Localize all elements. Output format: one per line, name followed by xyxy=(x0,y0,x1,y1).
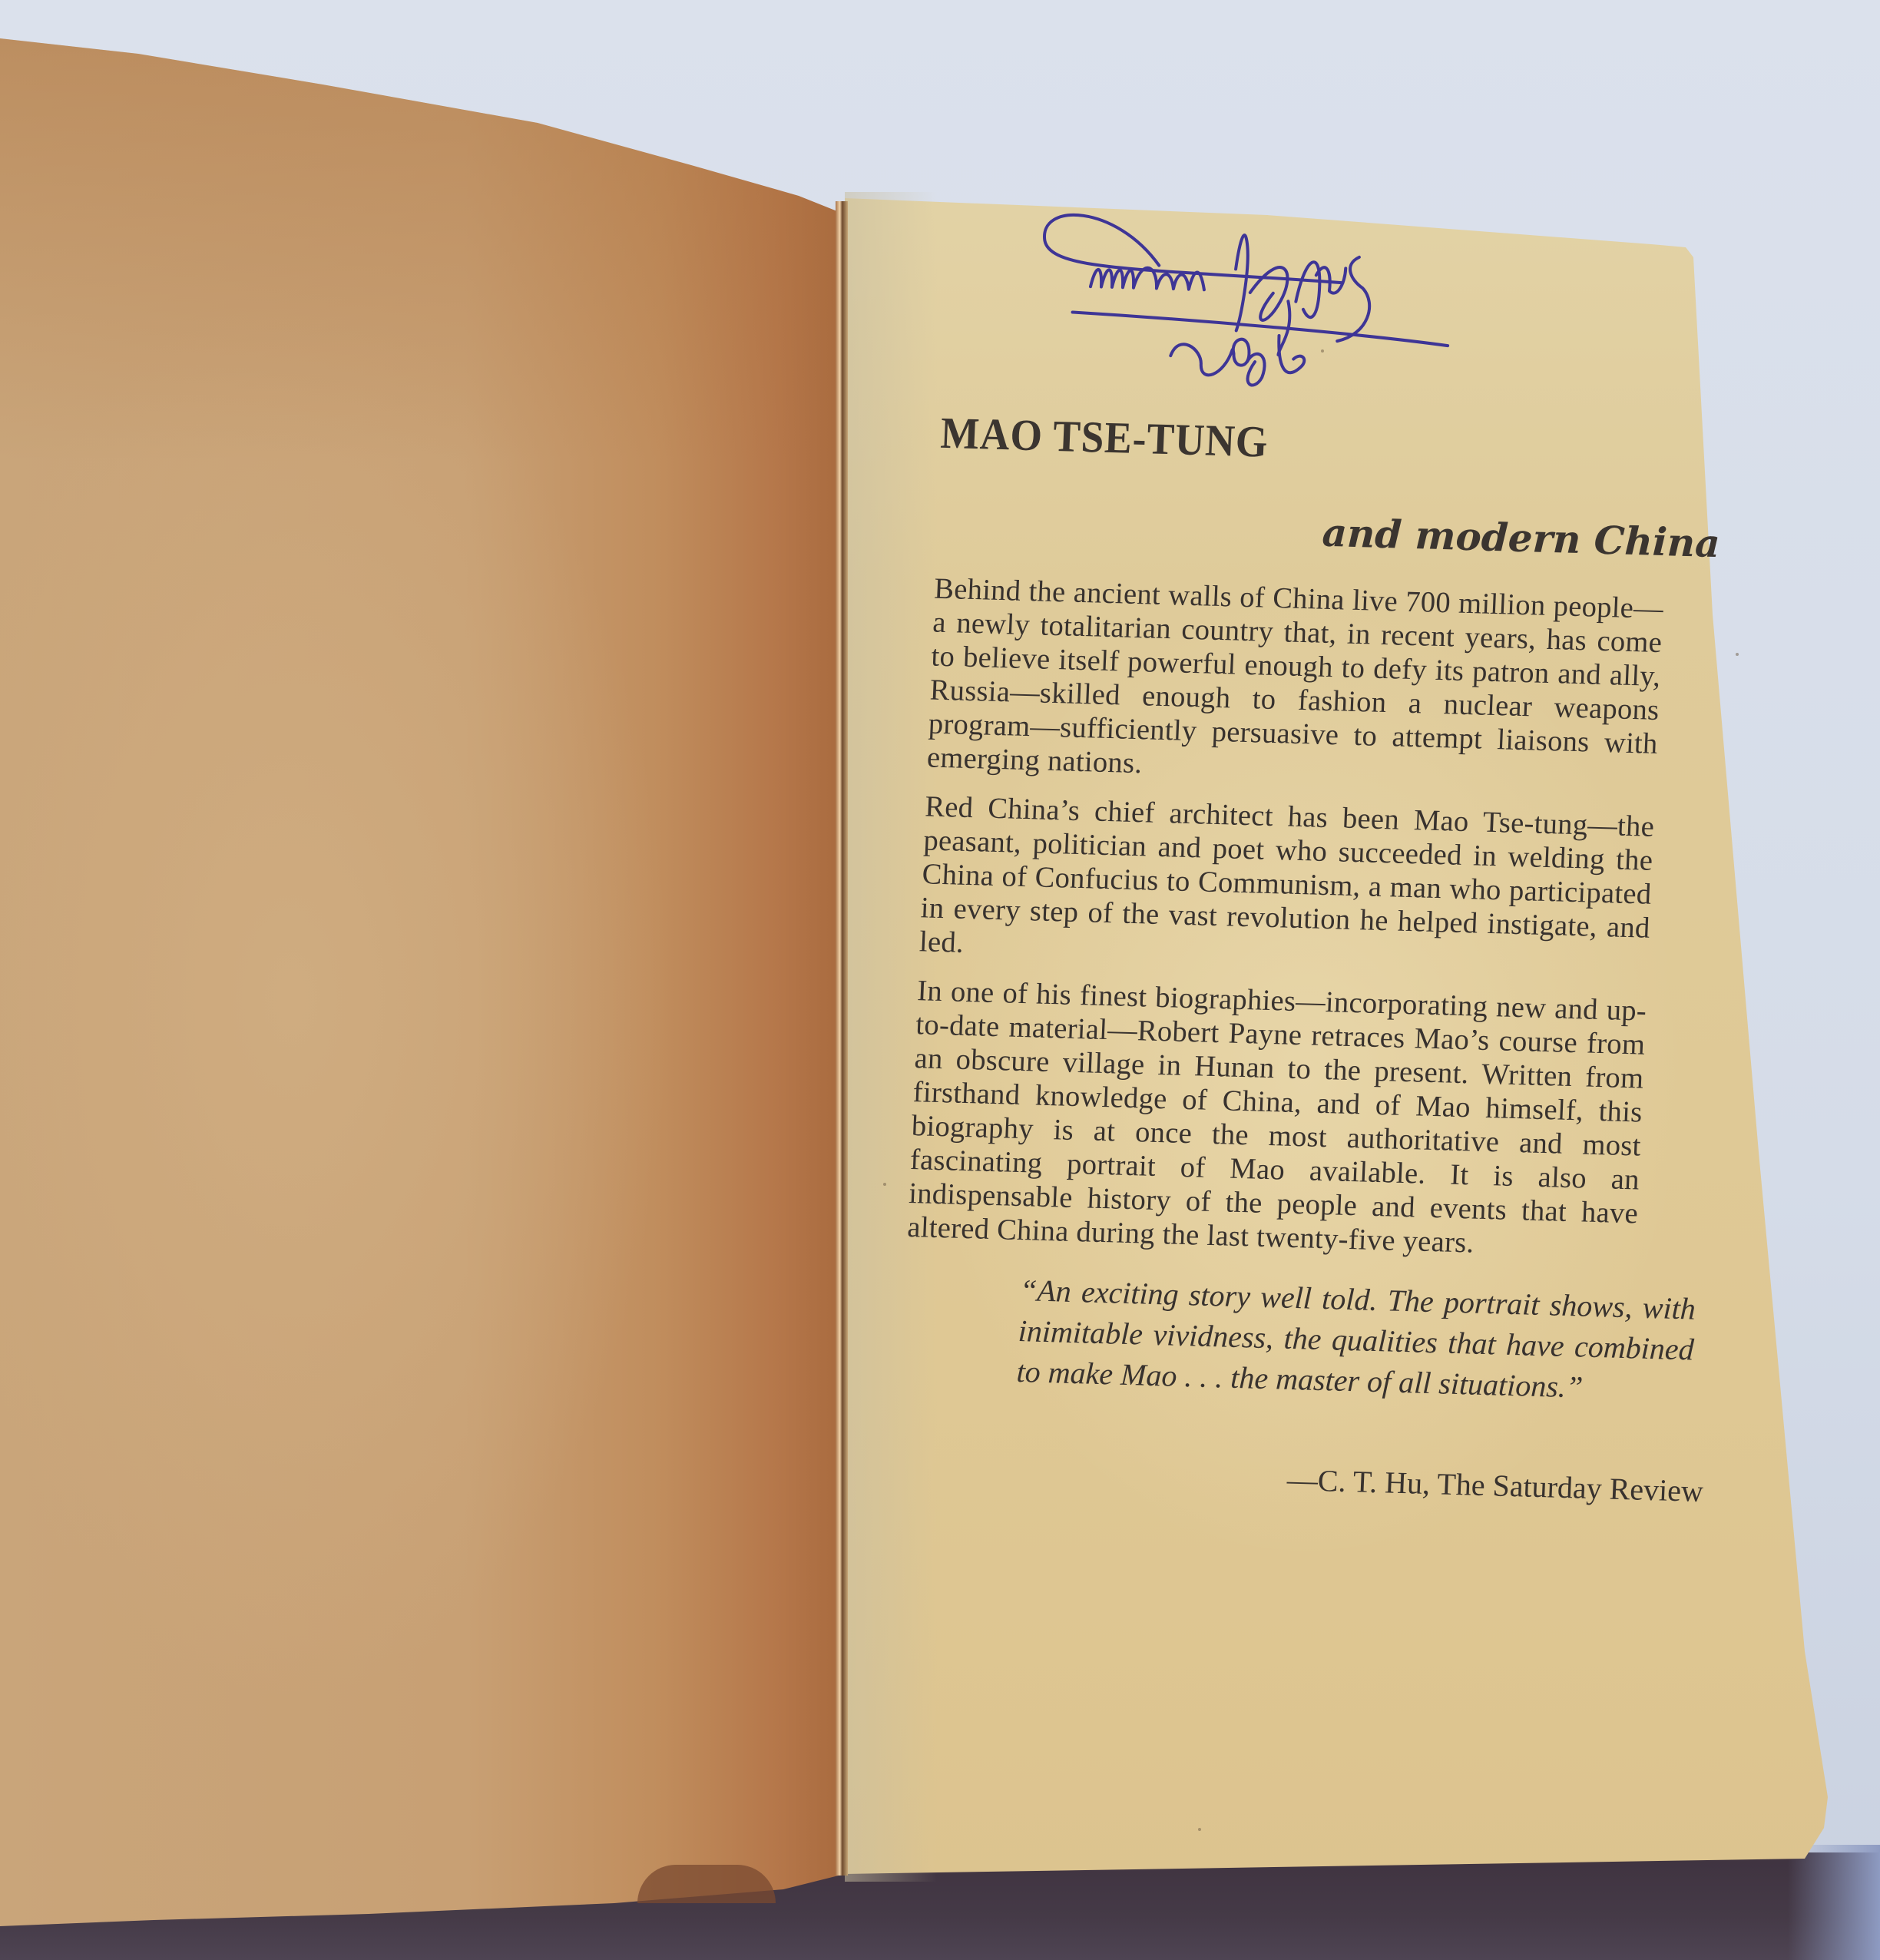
paper-speck xyxy=(1198,1828,1201,1831)
blurb-paragraph-2: Red China’s chief architect has been Mao… xyxy=(918,790,1655,978)
book-title: MAO TSE-TUNG xyxy=(939,407,1269,468)
paper-speck xyxy=(883,1183,886,1186)
book-spine-gutter xyxy=(836,201,848,1876)
blurb-paragraph-3: In one of his finest biographies—incorpo… xyxy=(907,974,1647,1264)
signature-icon xyxy=(1014,194,1577,432)
blurb-paragraph-1: Behind the ancient walls of China live 7… xyxy=(926,572,1664,795)
review-quote: “An exciting story well told. The portra… xyxy=(1016,1270,1696,1410)
paper-speck xyxy=(1736,653,1739,656)
book-blurb: Behind the ancient walls of China live 7… xyxy=(906,572,1664,1280)
handwritten-signature xyxy=(1014,194,1577,432)
shadow-edge xyxy=(1788,1845,1880,1960)
photo-scene: MAO TSE-TUNG and modern China Behind the… xyxy=(0,0,1880,1960)
left-page-tear xyxy=(637,1865,776,1903)
